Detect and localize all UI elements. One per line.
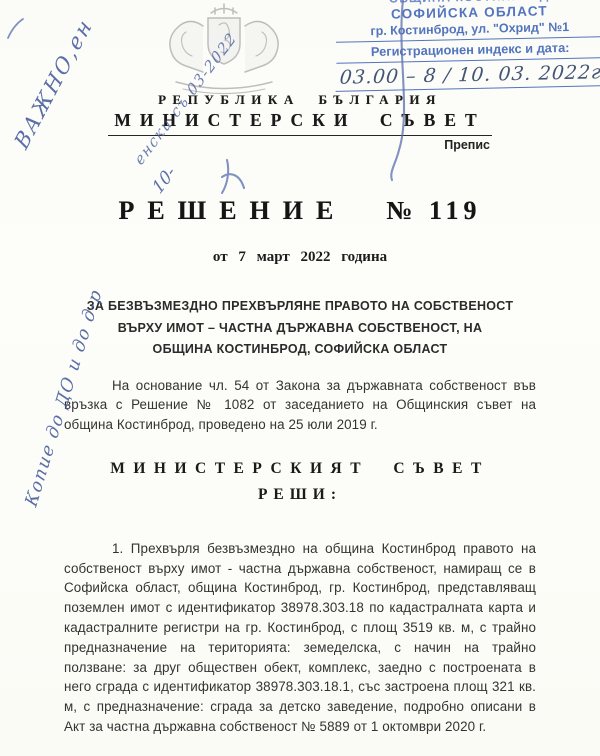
pen-stroke-marks xyxy=(0,0,600,756)
scanned-document-page: ОБЩИНА КОСТИНБРОД СОФИЙСКА ОБЛАСТ гр. Ко… xyxy=(0,0,600,756)
